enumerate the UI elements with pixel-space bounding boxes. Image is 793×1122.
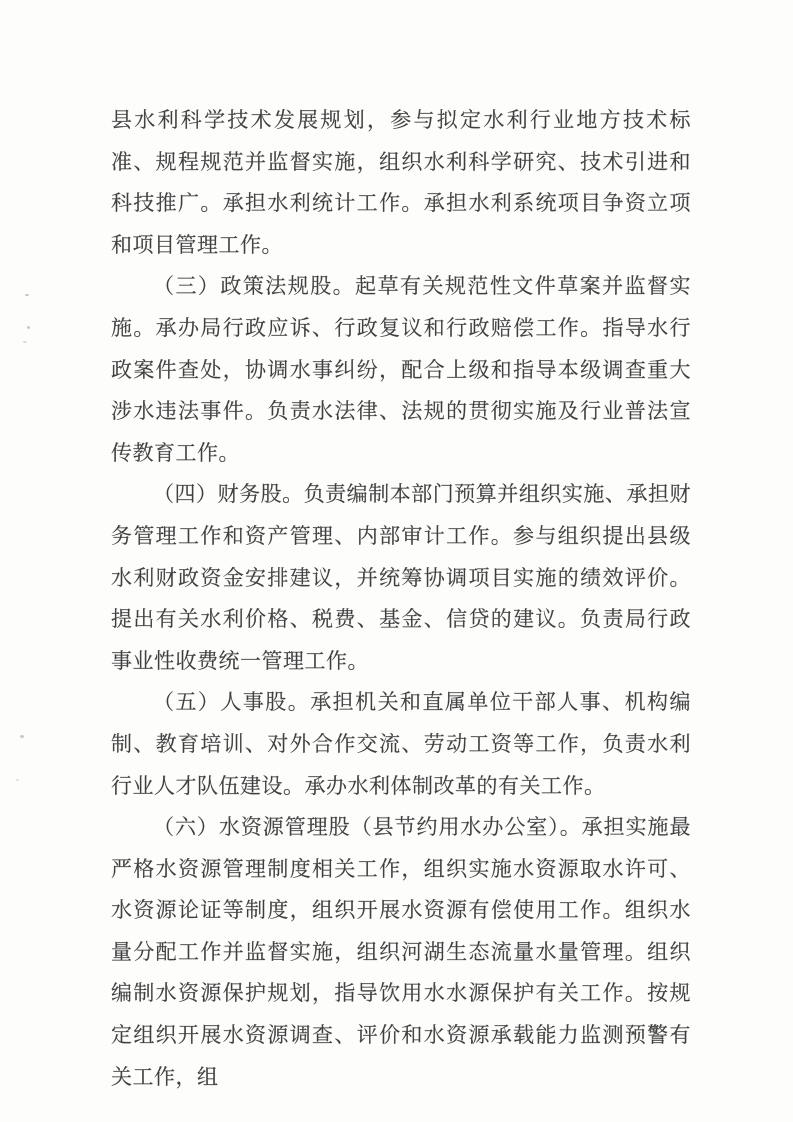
scan-speck [23, 341, 27, 343]
scan-speck [25, 294, 29, 296]
paragraph-section-4-finance: （四）财务股。负责编制本部门预算并组织实施、承担财务管理工作和资产管理、内部审计… [111, 474, 691, 682]
scan-speck [16, 779, 19, 781]
scan-speck [27, 326, 30, 329]
paragraph-continuation: 县水利科学技术发展规划，参与拟定水利行业地方技术标准、规程规范并监督实施，组织水… [111, 100, 691, 266]
document-page: 县水利科学技术发展规划，参与拟定水利行业地方技术标准、规程规范并监督实施，组织水… [0, 0, 793, 1122]
scan-speck [20, 735, 24, 738]
paragraph-section-3-policy-regulation: （三）政策法规股。起草有关规范性文件草案并监督实施。承办局行政应诉、行政复议和行… [111, 266, 691, 474]
page-number: - 7 - [631, 1022, 681, 1043]
paragraph-section-6-water-resources: （六）水资源管理股（县节约用水办公室）。承担实施最严格水资源管理制度相关工作，组… [111, 807, 691, 1098]
document-body-text: 县水利科学技术发展规划，参与拟定水利行业地方技术标准、规程规范并监督实施，组织水… [111, 100, 691, 1098]
paragraph-section-5-personnel: （五）人事股。承担机关和直属单位干部人事、机构编制、教育培训、对外合作交流、劳动… [111, 682, 691, 807]
